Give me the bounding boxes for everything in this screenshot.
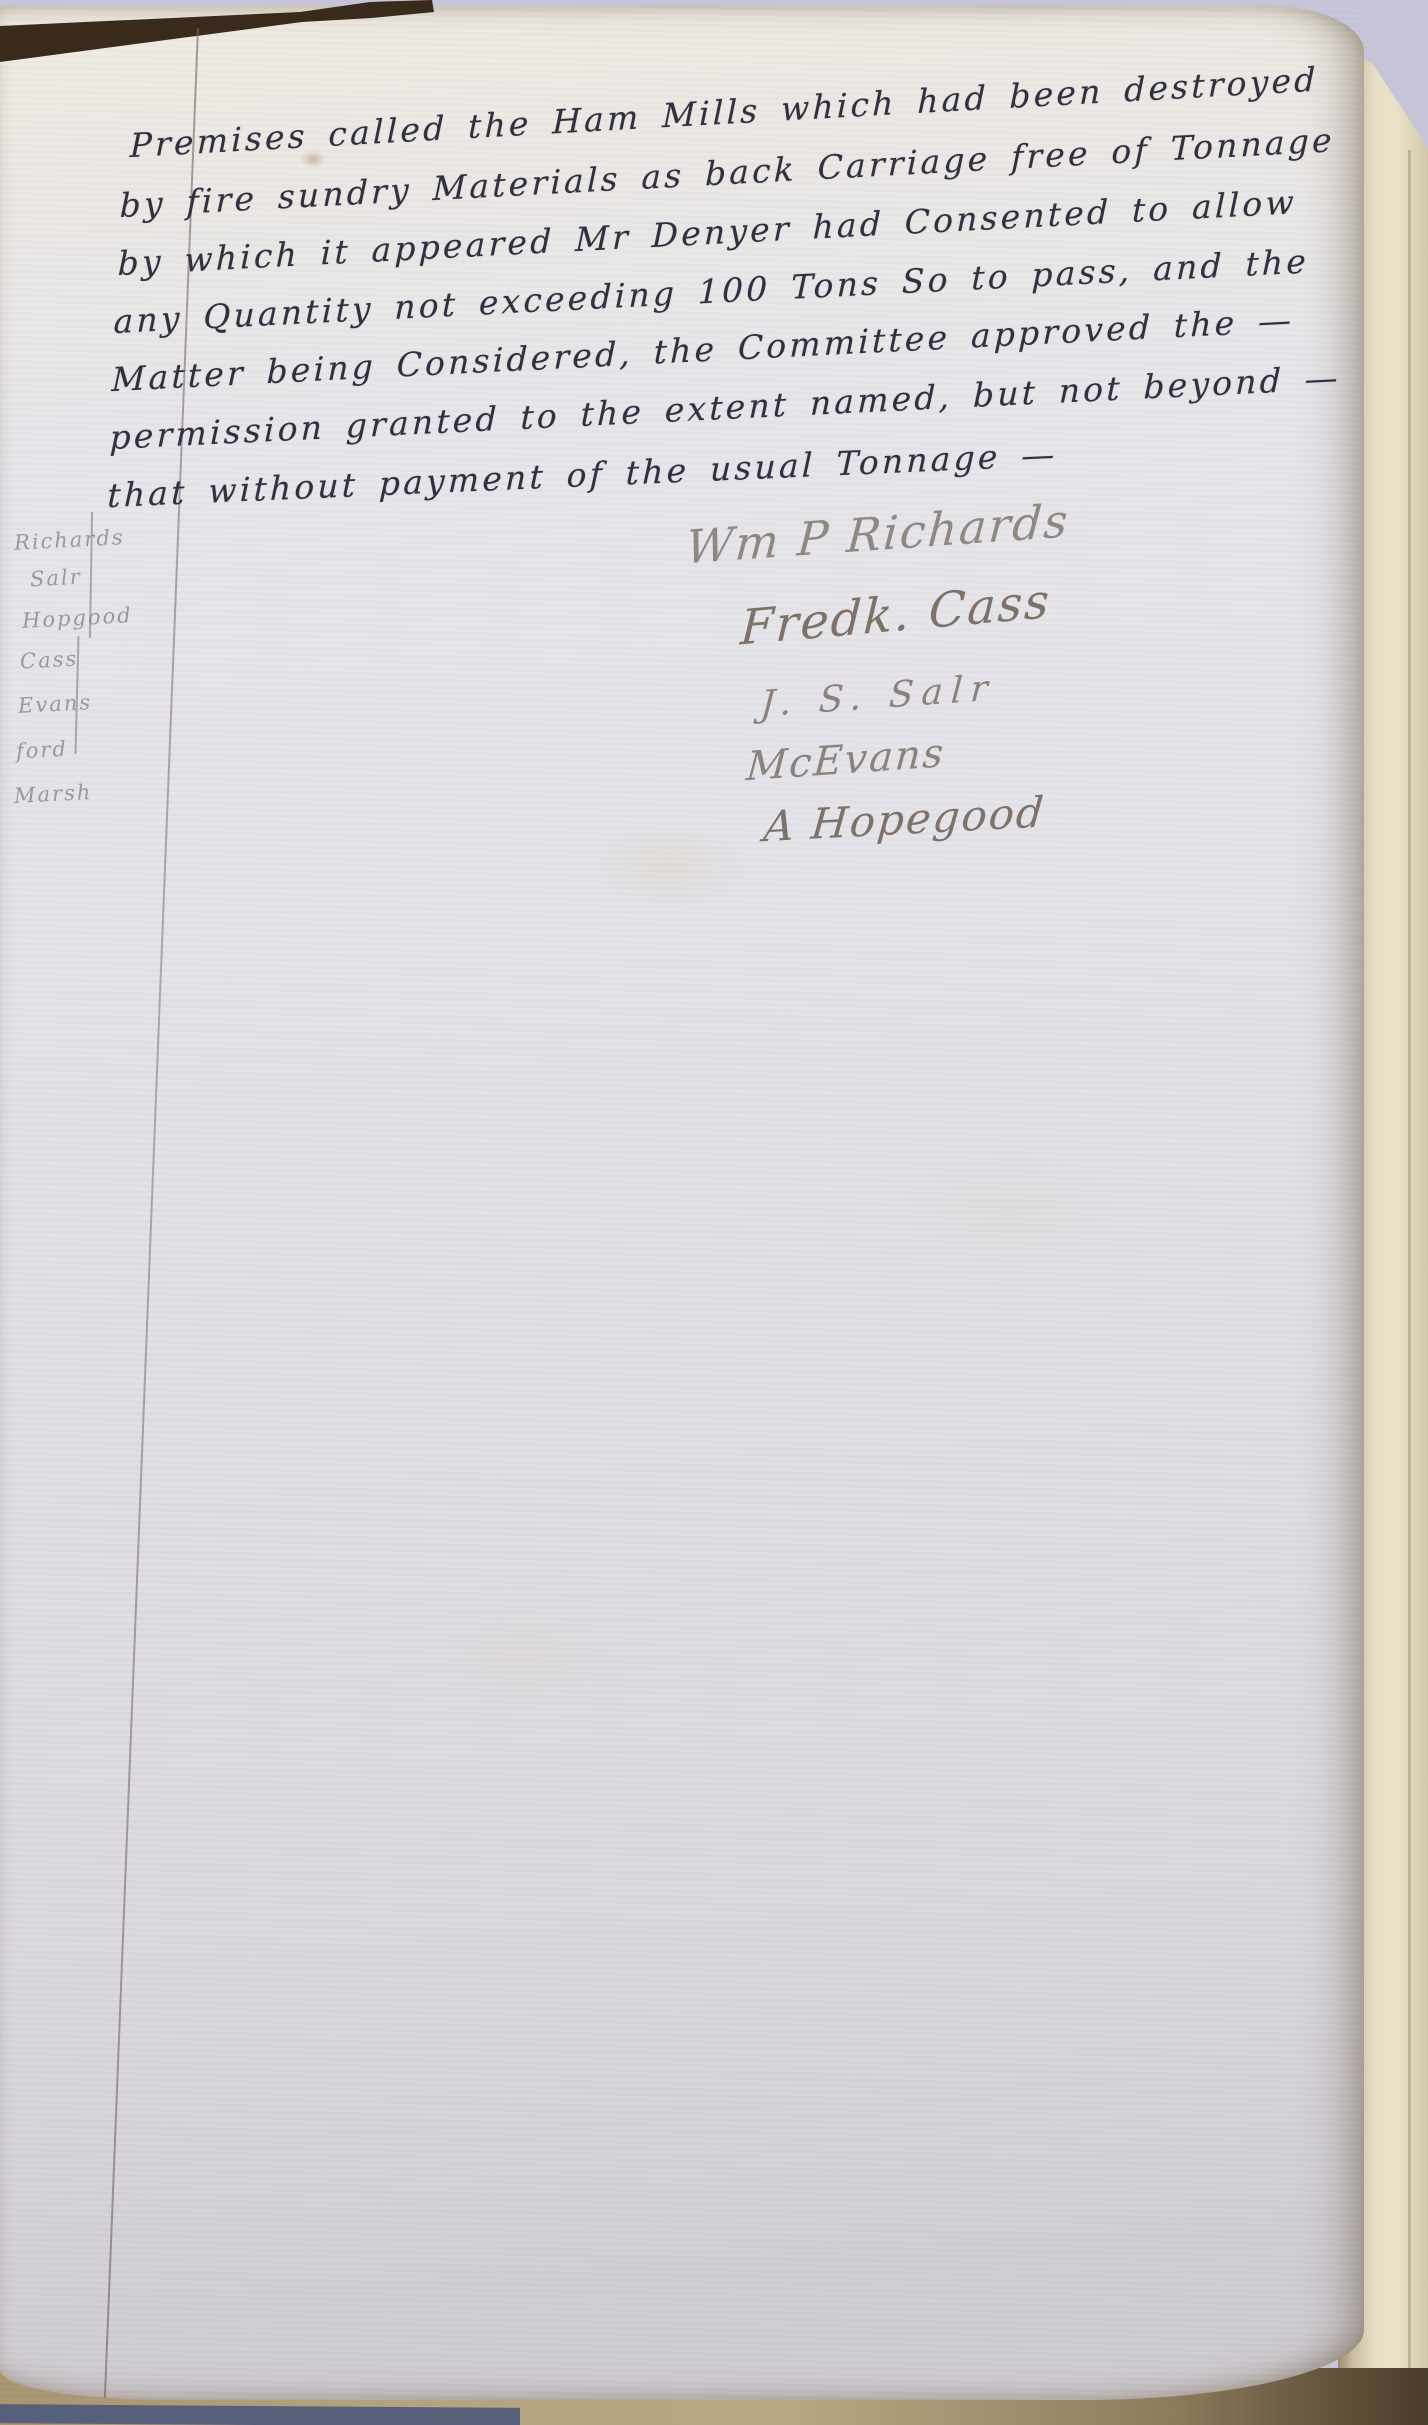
margin-note: Marsh	[13, 780, 93, 808]
margin-note: Cass	[19, 646, 78, 673]
page-edges-seam	[1408, 150, 1411, 2425]
margin-note: ford	[15, 737, 68, 764]
scanned-book-page: Premises called the Ham Mills which had …	[0, 0, 1428, 2425]
table-surface	[0, 2404, 520, 2425]
margin-note: Evans	[17, 690, 92, 718]
margin-note: Salr	[29, 565, 82, 592]
